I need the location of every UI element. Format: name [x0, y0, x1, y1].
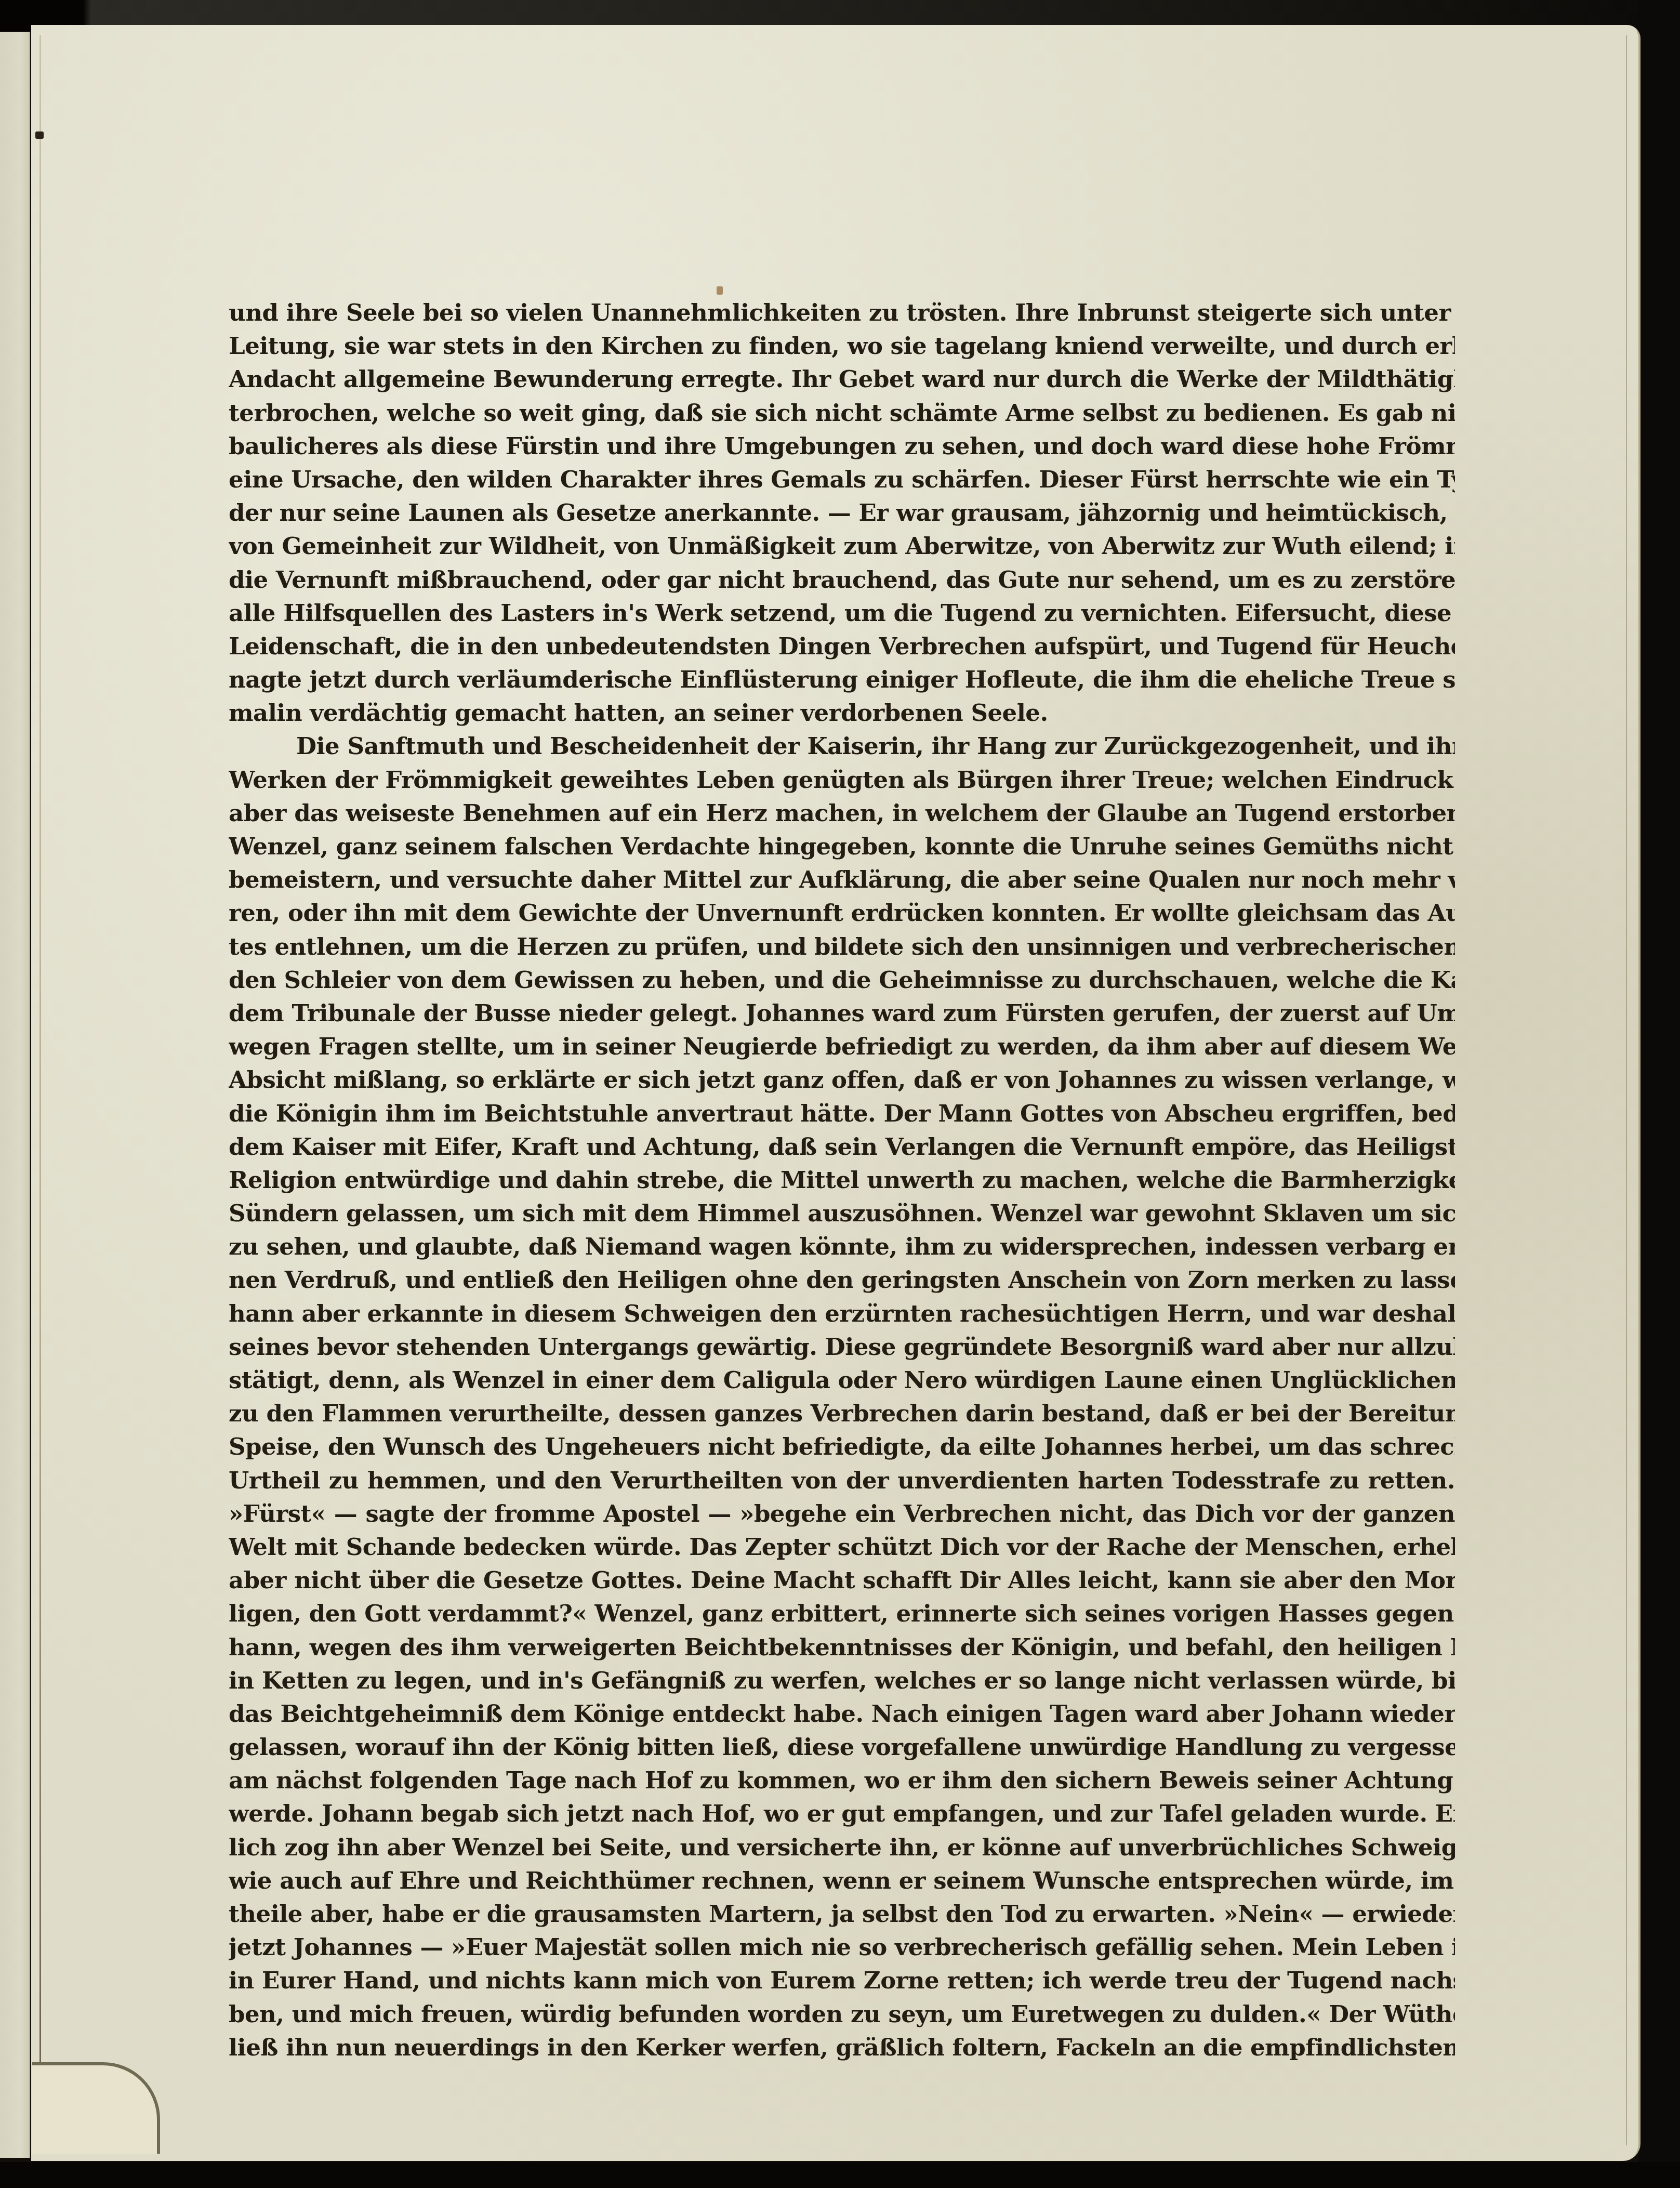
text-line: ligen, den Gott verdammt?« Wenzel, ganz …	[229, 1597, 1455, 1630]
text-line: die Königin ihm im Beichtstuhle anvertra…	[229, 1097, 1455, 1130]
text-line: die Vernunft mißbrauchend, oder gar nich…	[229, 563, 1455, 597]
scan-background-bottom	[0, 2162, 1680, 2188]
text-line: theile aber, habe er die grausamsten Mar…	[229, 1897, 1455, 1931]
text-line: Welt mit Schande bedecken würde. Das Zep…	[229, 1531, 1455, 1564]
paper-stain-mark	[717, 286, 723, 295]
binding-thread-hole	[35, 131, 44, 139]
text-line: den Schleier von dem Gewissen zu heben, …	[229, 964, 1455, 997]
text-line: Absicht mißlang, so erklärte er sich jet…	[229, 1063, 1455, 1097]
text-line: malin verdächtig gemacht hatten, an sein…	[229, 696, 1455, 730]
paragraph-2: Die Sanftmuth und Bescheidenheit der Kai…	[229, 730, 1455, 2064]
text-line: am nächst folgenden Tage nach Hof zu kom…	[229, 1764, 1455, 1797]
page-edge-fold	[1626, 35, 1627, 2145]
text-line: zu den Flammen verurtheilte, dessen ganz…	[229, 1397, 1455, 1430]
text-line: wegen Fragen stellte, um in seiner Neugi…	[229, 1030, 1455, 1063]
text-line: Wenzel, ganz seinem falschen Verdachte h…	[229, 830, 1455, 863]
text-line: eine Ursache, den wilden Charakter ihres…	[229, 463, 1455, 496]
text-line: hann aber erkannte in diesem Schweigen d…	[229, 1297, 1455, 1330]
text-line: terbrochen, welche so weit ging, daß sie…	[229, 397, 1455, 430]
text-line: hann, wegen des ihm verweigerten Beichtb…	[229, 1631, 1455, 1664]
page-body-text: und ihre Seele bei so vielen Unannehmlic…	[229, 296, 1455, 2064]
text-line: dem Kaiser mit Eifer, Kraft und Achtung,…	[229, 1130, 1455, 1164]
text-line: nagte jetzt durch verläumderische Einflü…	[229, 663, 1455, 696]
text-line: das Beichtgeheimniß dem Könige entdeckt …	[229, 1697, 1455, 1731]
text-line: aber nicht über die Gesetze Gottes. Dein…	[229, 1564, 1455, 1597]
text-line: Religion entwürdige und dahin strebe, di…	[229, 1164, 1455, 1197]
text-line: in Eurer Hand, und nichts kann mich von …	[229, 1964, 1455, 1997]
text-line: Werken der Frömmigkeit geweihtes Leben g…	[229, 763, 1455, 797]
text-line: dem Tribunale der Busse nieder gelegt. J…	[229, 997, 1455, 1030]
text-line: aber das weiseste Benehmen auf ein Herz …	[229, 797, 1455, 830]
text-line: Urtheil zu hemmen, und den Verurtheilten…	[229, 1464, 1455, 1497]
text-line: Speise, den Wunsch des Ungeheuers nicht …	[229, 1430, 1455, 1464]
text-line: wie auch auf Ehre und Reichthümer rechne…	[229, 1864, 1455, 1897]
text-line: ren, oder ihn mit dem Gewichte der Unver…	[229, 897, 1455, 930]
previous-page-edge	[0, 32, 30, 2158]
text-line: stätigt, denn, als Wenzel in einer dem C…	[229, 1364, 1455, 1397]
text-line: der nur seine Launen als Gesetze anerkan…	[229, 496, 1455, 530]
text-line: Leitung, sie war stets in den Kirchen zu…	[229, 329, 1455, 363]
text-line: Leidenschaft, die in den unbedeutendsten…	[229, 630, 1455, 663]
text-line: baulicheres als diese Fürstin und ihre U…	[229, 430, 1455, 463]
text-line: alle Hilfsquellen des Lasters in's Werk …	[229, 597, 1455, 630]
text-line: tes entlehnen, um die Herzen zu prüfen, …	[229, 930, 1455, 964]
text-line: lich zog ihn aber Wenzel bei Seite, und …	[229, 1831, 1455, 1864]
text-line: in Ketten zu legen, und in's Gefängniß z…	[229, 1664, 1455, 1697]
text-line: ben, und mich freuen, würdig befunden wo…	[229, 1998, 1455, 2031]
text-line: ließ ihn nun neuerdings in den Kerker we…	[229, 2031, 1455, 2064]
text-line: Sündern gelassen, um sich mit dem Himmel…	[229, 1197, 1455, 1230]
binding-gutter	[39, 35, 41, 2125]
text-line: werde. Johann begab sich jetzt nach Hof,…	[229, 1797, 1455, 1830]
paragraph-1: und ihre Seele bei so vielen Unannehmlic…	[229, 296, 1455, 730]
text-line: jetzt Johannes — »Euer Majestät sollen m…	[229, 1931, 1455, 1964]
text-line: gelassen, worauf ihn der König bitten li…	[229, 1731, 1455, 1764]
text-line: und ihre Seele bei so vielen Unannehmlic…	[229, 296, 1455, 329]
text-line: Andacht allgemeine Bewunderung erregte. …	[229, 363, 1455, 396]
text-line: zu sehen, und glaubte, daß Niemand wagen…	[229, 1230, 1455, 1263]
text-line: »Fürst« — sagte der fromme Apostel — »be…	[229, 1497, 1455, 1531]
scan-background-right	[1638, 0, 1680, 2188]
text-line: seines bevor stehenden Untergangs gewärt…	[229, 1330, 1455, 1364]
text-line: von Gemeinheit zur Wildheit, von Unmäßig…	[229, 530, 1455, 563]
text-line: nen Verdruß, und entließ den Heiligen oh…	[229, 1263, 1455, 1297]
text-line: bemeistern, und versuchte daher Mittel z…	[229, 863, 1455, 897]
text-line: Die Sanftmuth und Bescheidenheit der Kai…	[229, 730, 1455, 763]
